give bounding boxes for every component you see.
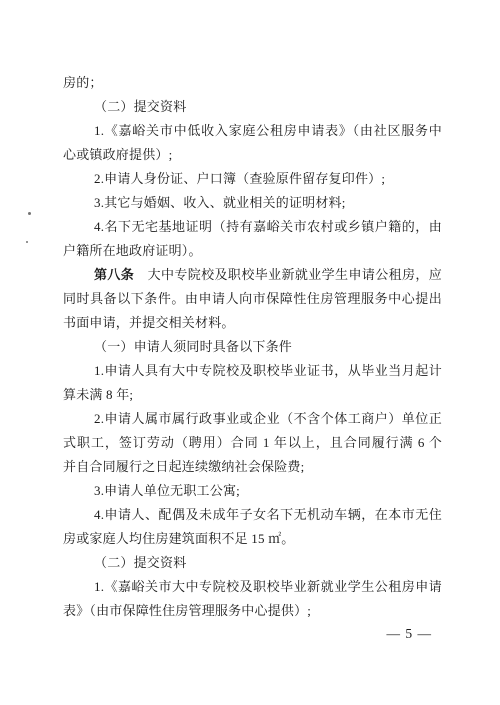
text-line: 书面申请，并提交相关材料。 [63,311,442,335]
document-body: 房的；（二）提交资料1.《嘉峪关市中低收入家庭公租房申请表》（由社区服务中心或镇… [63,71,442,623]
text-line: 1.《嘉峪关市中低收入家庭公租房申请表》（由社区服务中 [63,119,442,143]
text-line: 房或家庭人均住房建筑面积不足 15 ㎡。 [63,527,442,551]
document-page: 房的；（二）提交资料1.《嘉峪关市中低收入家庭公租房申请表》（由社区服务中心或镇… [0,0,500,705]
text-line: 1.申请人具有大中专院校及职校毕业证书，从毕业当月起计 [63,359,442,383]
scan-speckle [26,241,28,243]
text-line: 第八条 大中专院校及职校毕业新就业学生申请公租房，应 [63,263,442,287]
text-line: （二）提交资料 [63,95,442,119]
text-line: 3.申请人单位无职工公寓; [63,479,442,503]
article-number: 第八条 [94,267,134,282]
text-line: 户籍所在地政府证明）。 [63,239,442,263]
text-line: 1.《嘉峪关市大中专院校及职校毕业新就业学生公租房申请 [63,575,442,599]
text-line: 4.名下无宅基地证明（持有嘉峪关市农村或乡镇户籍的，由 [63,215,442,239]
text-line: 3.其它与婚姻、收入、就业相关的证明材料; [63,191,442,215]
text-line: 同时具备以下条件。由申请人向市保障性住房管理服务中心提出 [63,287,442,311]
text-line: （一）申请人须同时具备以下条件 [63,335,442,359]
text-line: 2.申请人属市属行政事业或企业（不含个体工商户）单位正 [63,407,442,431]
text-line: 房的； [63,71,442,95]
text-line: 表》（由市保障性住房管理服务中心提供）; [63,599,442,623]
text-line: （二）提交资料 [63,551,442,575]
text-line: 4.申请人、配偶及未成年子女名下无机动车辆，在本市无住 [63,503,442,527]
text-line: 算未满 8 年; [63,383,442,407]
text-line: 心或镇政府提供）; [63,143,442,167]
page-number: — 5 — [387,626,433,642]
text-line: 2.申请人身份证、户口簿（查验原件留存复印件）; [63,167,442,191]
text-line: 式职工，签订劳动（聘用）合同 1 年以上，且合同履行满 6 个月， [63,431,442,455]
text-line: 并自合同履行之日起连续缴纳社会保险费; [63,455,442,479]
scan-speckle [28,212,31,215]
